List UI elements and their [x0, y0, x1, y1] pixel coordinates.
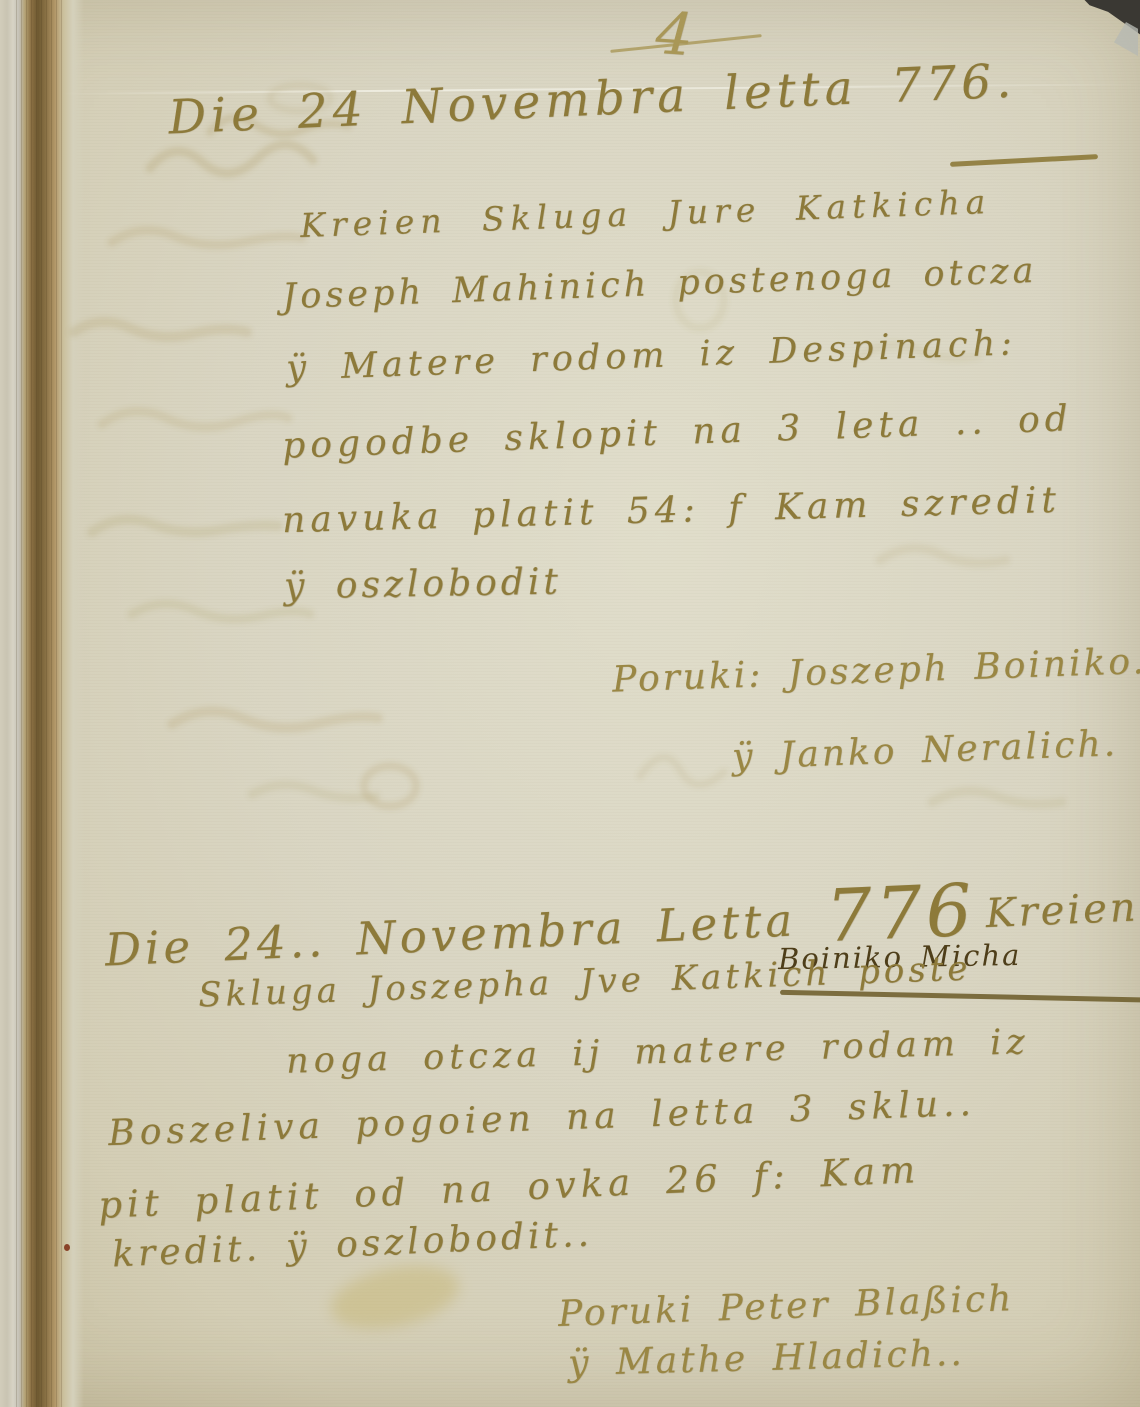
entry1-signature: ÿ Janko Neralich.: [731, 723, 1118, 777]
entry1-line: ÿ oszlobodit: [284, 562, 563, 608]
page-corner-sliver: [1108, 22, 1138, 56]
entry1-heading-date: Die 24 Novembra letta: [167, 59, 892, 146]
entry2-line: pit platit od na ovka 26 f: Kam: [97, 1148, 920, 1227]
entry1-line: pogodbe sklopit na 3 leta .. od: [282, 398, 1074, 467]
entry1-heading: Die 24 Novembra letta 776.: [167, 54, 1017, 146]
entry1-year-underline: [950, 154, 1098, 167]
paper-stain: [325, 1255, 464, 1339]
entry2-signature: Poruki Peter Blaßich: [557, 1278, 1014, 1335]
entry1-line: Joseph Mahinich postenoga otcza: [282, 251, 1039, 317]
binding-page-edges: [16, 0, 66, 1407]
entry1-line: ÿ Matere rodom iz Despinach:: [286, 323, 1018, 388]
entry1-heading-year: 776.: [890, 54, 1017, 114]
entry2-signature: ÿ Mathe Hladich..: [568, 1333, 966, 1384]
entry1-line: Kreien Skluga Jure Katkicha: [300, 182, 992, 245]
ink-speck: [64, 1244, 70, 1251]
entry2-line: noga otcza ij matere rodam iz: [286, 1022, 1031, 1081]
entry2-heading-word: Kreien: [985, 884, 1140, 937]
entry1-signature: Poruki: Joszeph Boiniko..: [611, 640, 1140, 700]
entry1-line: navuka platit 54: f Kam szredit: [282, 480, 1062, 541]
page-number: 4: [654, 0, 696, 69]
manuscript-page: 4 Die 24 Novembra letta 776. Kreien Sklu…: [0, 0, 1140, 1407]
entry2-line: Boszeliva pogoien na letta 3 sklu..: [108, 1083, 977, 1154]
